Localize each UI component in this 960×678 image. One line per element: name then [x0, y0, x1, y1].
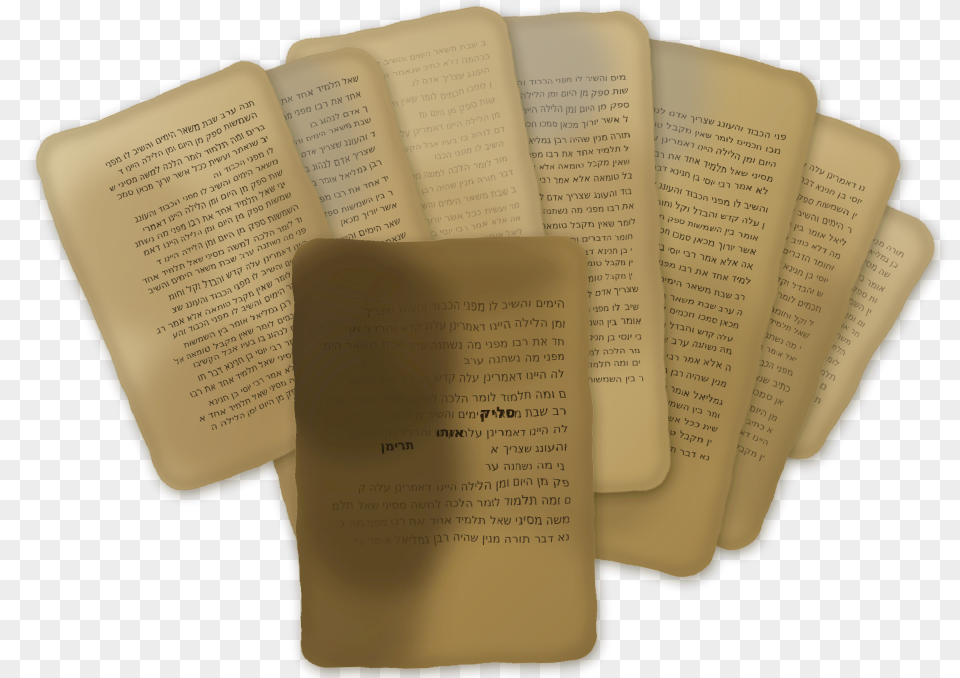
svg-text:ני מה נשתנה ער: ני מה נשתנה ער: [485, 459, 565, 475]
emphasized-word: תרימן: [381, 439, 414, 455]
emphasized-word: סליק: [480, 402, 515, 421]
manuscript-fan-svg: תורה מנין שהיה רבן גמליאל אומר בין בן גמ…: [0, 0, 960, 678]
svg-text:והעונג שצריך א: והעונג שצריך א: [491, 440, 567, 456]
manuscript-collage: תורה מנין שהיה רבן גמליאל אומר בין בן גמ…: [0, 0, 960, 678]
emphasized-word: אותו: [436, 424, 466, 441]
front-manuscript-leaf-stained: הימים והשיב לו מפני הכבוד והעונג שצריך ו…: [251, 228, 608, 678]
